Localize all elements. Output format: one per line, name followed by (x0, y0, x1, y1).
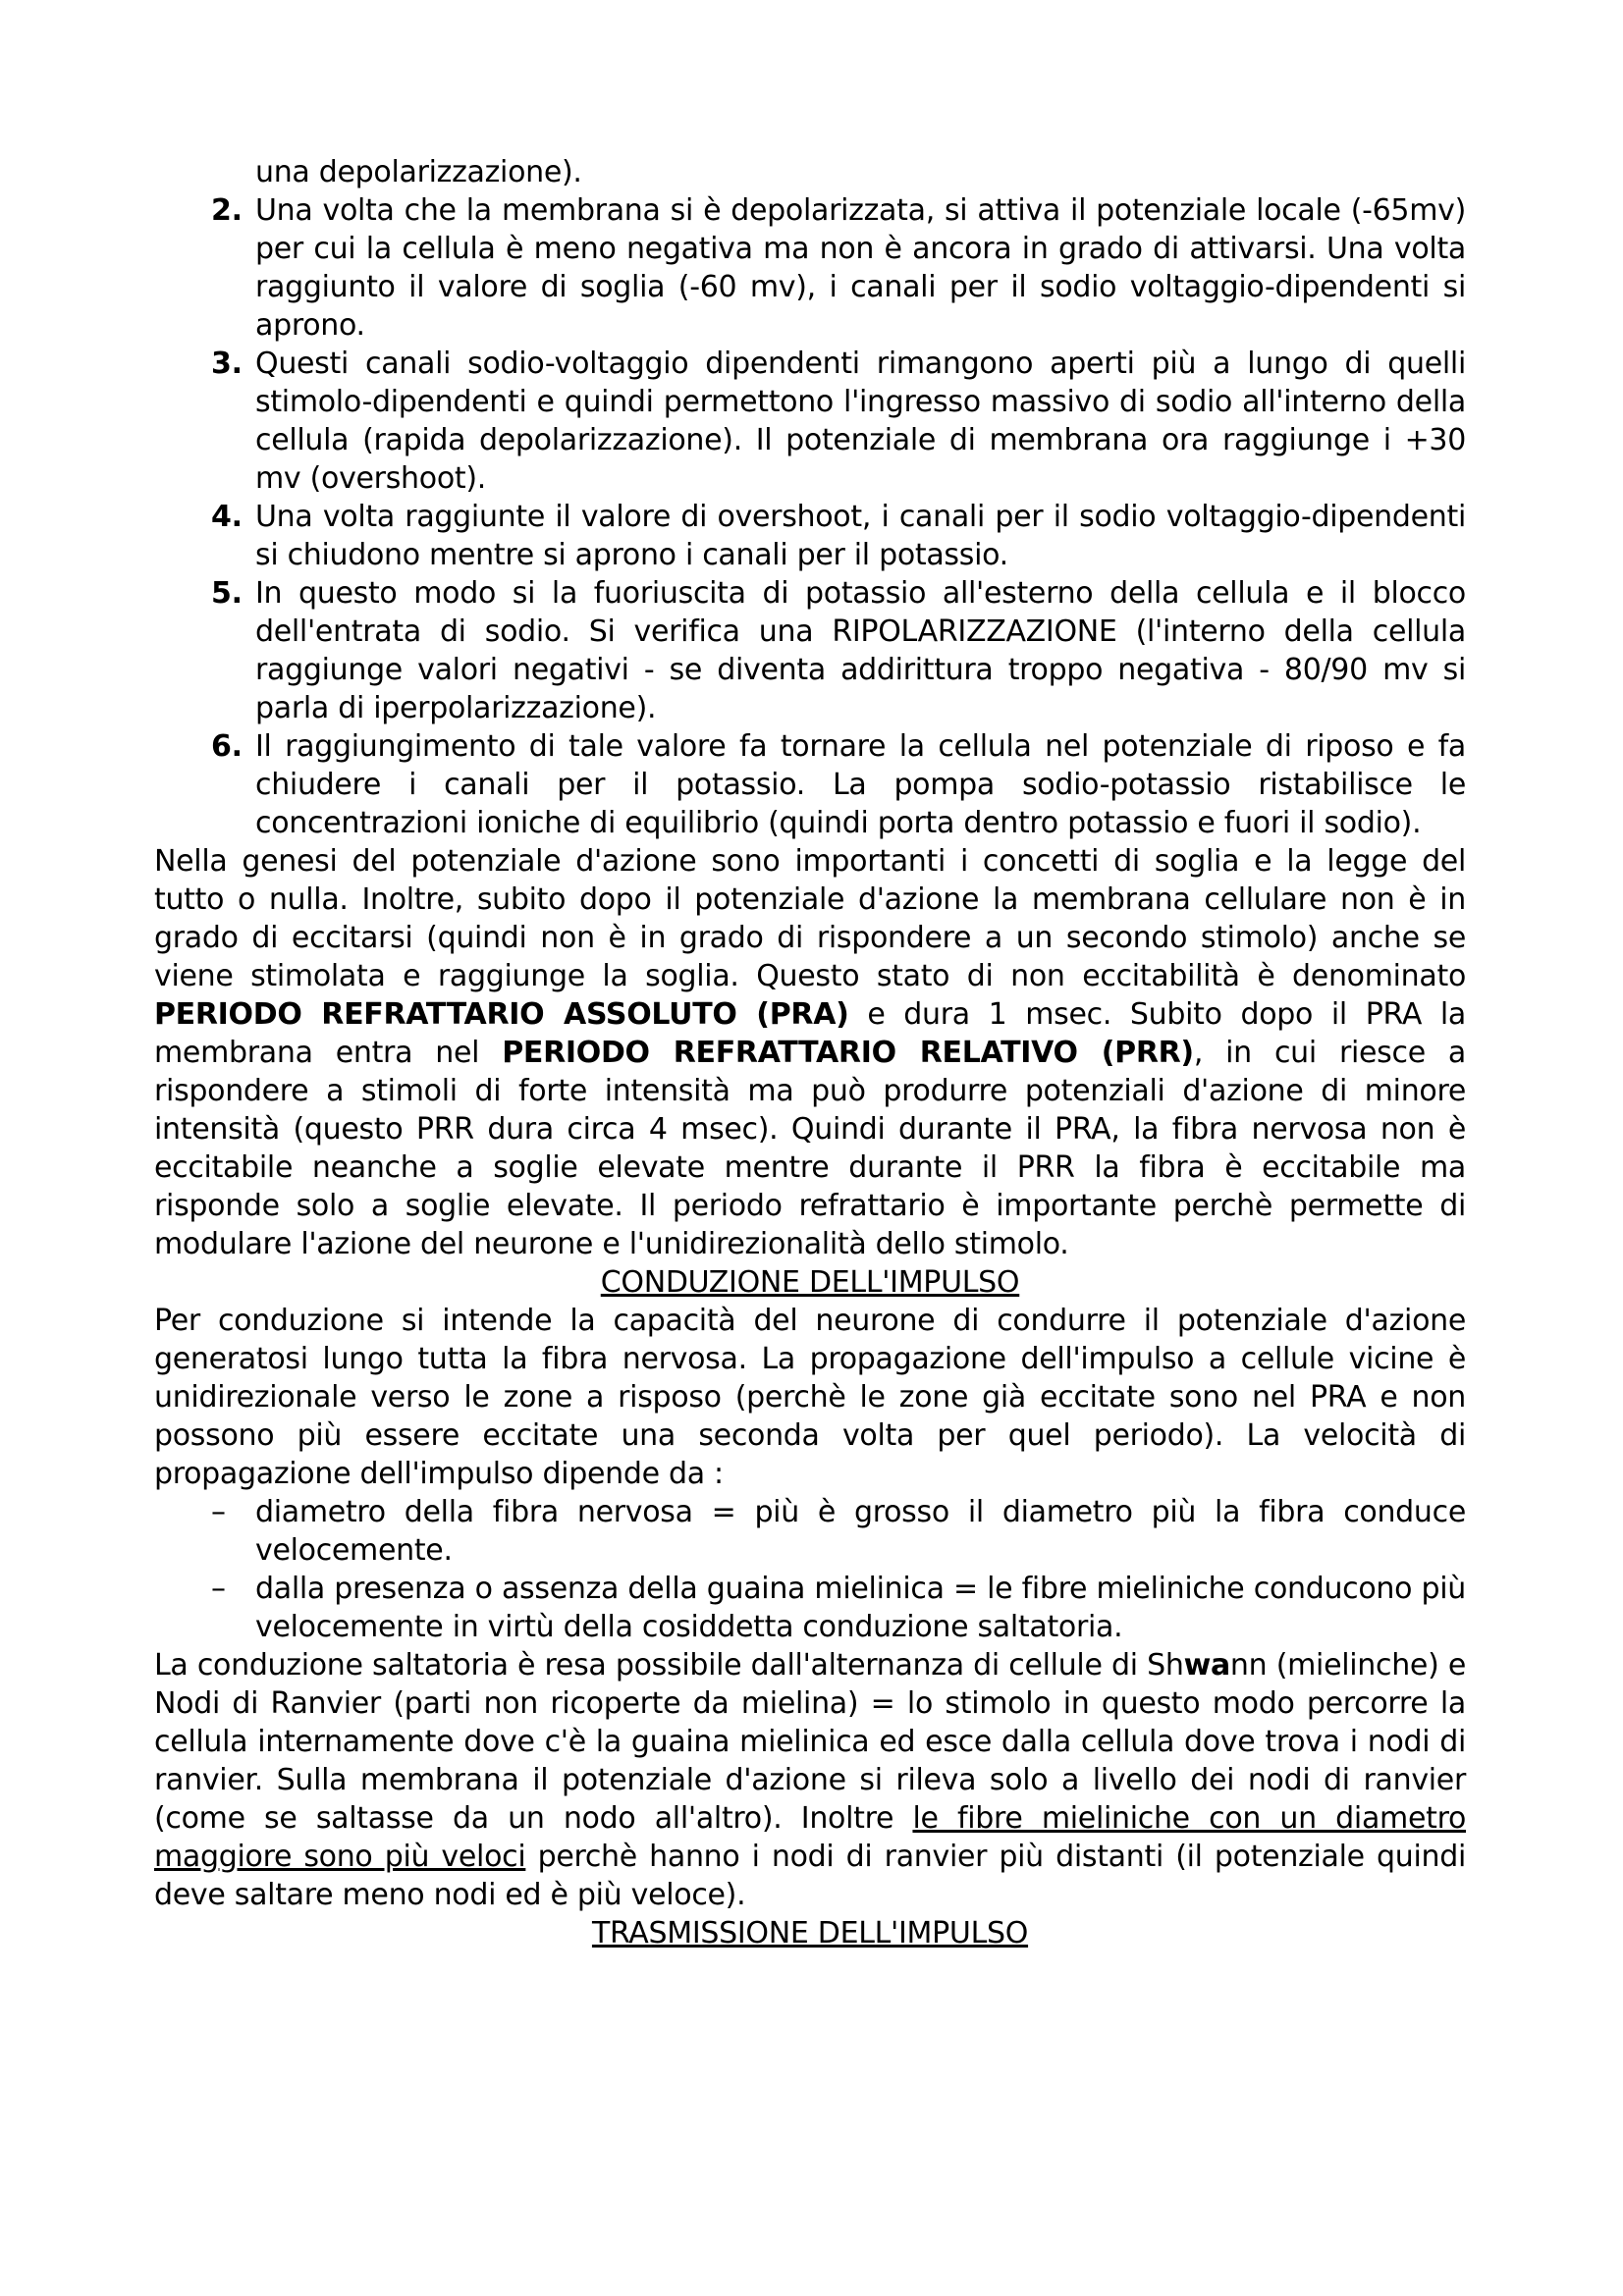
dash-item-text: diametro della fibra nervosa = più è gro… (255, 1493, 1466, 1570)
list-item-3: 3. Questi canali sodio-voltaggio dipende… (154, 345, 1466, 498)
list-item-number: 6. (211, 727, 255, 766)
list-item-text: Una volta raggiunte il valore di oversho… (255, 498, 1466, 574)
heading-text: TRASMISSIONE DELL'IMPULSO (592, 1916, 1028, 1950)
section-heading-trasmissione: TRASMISSIONE DELL'IMPULSO (154, 1914, 1466, 1952)
paragraph-refractory-periods: Nella genesi del potenziale d'azione son… (154, 842, 1466, 1263)
dash-item-diameter: – diametro della fibra nervosa = più è g… (154, 1493, 1466, 1570)
list-item-number: 5. (211, 574, 255, 613)
list-item-number: 2. (211, 191, 255, 230)
list-item-4: 4. Una volta raggiunte il valore di over… (154, 498, 1466, 574)
list-item-text: In questo modo si la fuoriuscita di pota… (255, 574, 1466, 727)
heading-text: CONDUZIONE DELL'IMPULSO (601, 1265, 1019, 1300)
dash-item-text: dalla presenza o assenza della guaina mi… (255, 1570, 1466, 1646)
list-item-2: 2. Una volta che la membrana si è depola… (154, 191, 1466, 345)
list-item-text: Una volta che la membrana si è depolariz… (255, 191, 1466, 345)
paragraph-saltatory-conduction: La conduzione saltatoria è resa possibil… (154, 1646, 1466, 1914)
list-item-text: Questi canali sodio-voltaggio dipendenti… (255, 345, 1466, 498)
dash-marker: – (211, 1570, 255, 1608)
list-item-number: 3. (211, 345, 255, 383)
paragraph-run: Nella genesi del potenziale d'azione son… (154, 844, 1466, 993)
list-item-text: una depolarizzazione). (255, 153, 1466, 191)
list-item-5: 5. In questo modo si la fuoriuscita di p… (154, 574, 1466, 727)
dash-item-myelin: – dalla presenza o assenza della guaina … (154, 1570, 1466, 1646)
list-item-number: 4. (211, 498, 255, 536)
paragraph-run: La conduzione saltatoria è resa possibil… (154, 1648, 1184, 1682)
dash-list: – diametro della fibra nervosa = più è g… (154, 1493, 1466, 1646)
paragraph-run-bold: wa (1184, 1648, 1230, 1682)
dash-marker: – (211, 1493, 255, 1531)
bold-term-prr: PERIODO REFRATTARIO RELATIVO (PRR) (502, 1036, 1194, 1070)
paragraph-conduction: Per conduzione si intende la capacità de… (154, 1302, 1466, 1493)
section-heading-conduzione: CONDUZIONE DELL'IMPULSO (154, 1263, 1466, 1302)
list-item-1-continuation: una depolarizzazione). (154, 153, 1466, 191)
list-item-6: 6. Il raggiungimento di tale valore fa t… (154, 727, 1466, 842)
numbered-list: una depolarizzazione). 2. Una volta che … (154, 153, 1466, 842)
document-page: una depolarizzazione). 2. Una volta che … (0, 0, 1623, 2296)
bold-term-pra: PERIODO REFRATTARIO ASSOLUTO (PRA) (154, 997, 849, 1032)
list-item-text: Il raggiungimento di tale valore fa torn… (255, 727, 1466, 842)
